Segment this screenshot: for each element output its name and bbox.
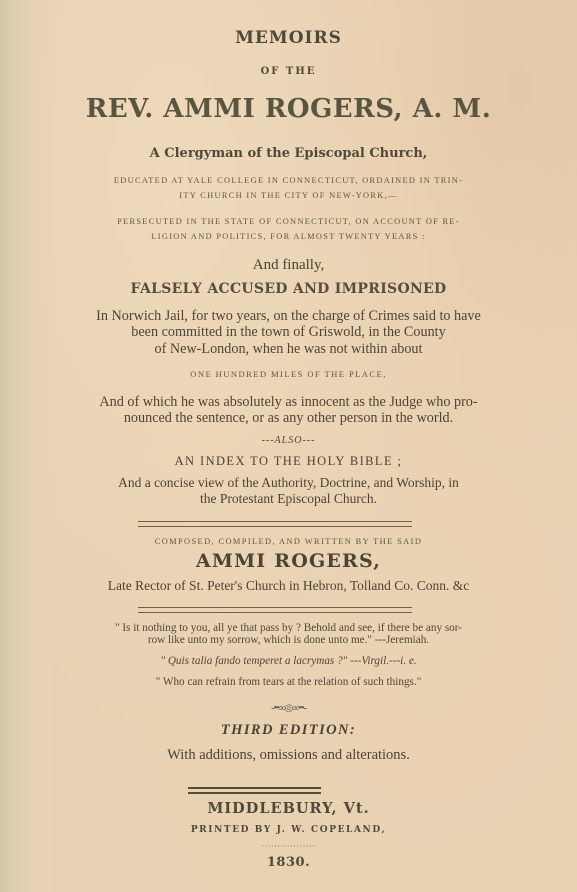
epigraph-virgil: " Quis talia fando temperet a lacrymas ?… [0,655,577,667]
index-heading: AN INDEX TO THE HOLY BIBLE ; [0,454,577,469]
edition-label: THIRD EDITION: [0,722,577,739]
imprint-place: MIDDLEBURY, Vt. [0,800,577,817]
educated-line-2: ITY CHURCH IN THE CITY OF NEW-YORK,— [0,191,577,200]
imprint-year: 1830. [0,855,577,870]
persecuted-line-2: LIGION AND POLITICS, FOR ALMOST TWENTY Y… [0,232,577,241]
title-page: MEMOIRS OF THE REV. AMMI ROGERS, A. M. A… [0,0,577,892]
concise-line-1: And a concise view of the Authority, Doc… [0,475,577,491]
subject-description: A Clergyman of the Episcopal Church, [0,146,577,161]
innocent-line-1: And of which he was absolutely as innoce… [0,394,577,411]
norwich-line-1: In Norwich Jail, for two years, on the c… [0,308,577,325]
hundred-miles-text: ONE HUNDRED MILES OF THE PLACE, [0,369,577,379]
subject-name: REV. AMMI ROGERS, A. M. [0,94,577,124]
divider-rule [138,521,412,527]
epigraph-jeremiah-line-2: row like unto my sorrow, which is done u… [0,634,577,646]
of-the-text: OF THE [0,66,577,77]
edition-note: With additions, omissions and alteration… [0,747,577,764]
dotted-divider: ················· [0,842,577,851]
heading-memoirs: MEMOIRS [0,28,577,48]
educated-line-1: EDUCATED AT YALE COLLEGE IN CONNECTICUT,… [0,176,577,185]
author-name: AMMI ROGERS, [0,550,577,572]
falsely-accused-heading: FALSELY ACCUSED AND IMPRISONED [0,281,577,297]
divider-rule [138,607,412,613]
ornament-icon: -••∞◎∞••- [0,703,577,714]
persecuted-line-1: PERSECUTED IN THE STATE OF CONNECTICUT, … [0,217,577,226]
concise-line-2: the Protestant Episcopal Church. [0,491,577,507]
epigraph-translation: " Who can refrain from tears at the rela… [0,676,577,688]
composed-by-text: COMPOSED, COMPILED, AND WRITTEN BY THE S… [0,537,577,546]
imprint-printer: PRINTED BY J. W. COPELAND, [0,825,577,835]
norwich-line-2: been committed in the town of Griswold, … [0,324,577,341]
divider-rule [188,787,321,794]
author-position: Late Rector of St. Peter's Church in Heb… [0,578,577,594]
and-finally-text: And finally, [0,257,577,274]
innocent-line-2: nounced the sentence, or as any other pe… [0,410,577,427]
also-text: ---ALSO--- [0,435,577,446]
norwich-line-3: of New-London, when he was not within ab… [0,341,577,358]
epigraph-jeremiah-line-1: " Is it nothing to you, all ye that pass… [0,622,577,634]
